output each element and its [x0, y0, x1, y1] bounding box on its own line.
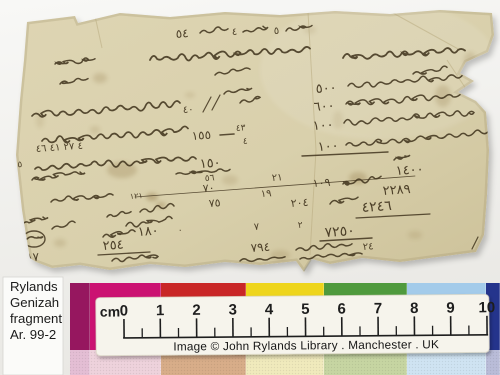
stain: [146, 193, 158, 201]
color-patch-halftone-texture: [407, 350, 486, 375]
handwriting-numeral: ٢١: [271, 172, 282, 184]
cm-ruler: cm 012345678910 Image © John Rylands Lib…: [96, 294, 496, 355]
label-line-collection: Rylands: [10, 279, 58, 294]
manuscript-photograph: ٥٤٤٥٥٠٠٦٠٠١٠٠١٠٠١٤٠٠٢١١٠٩٢٢٨٩١٩٢٠٤٤٢٤٦٢٧…: [0, 0, 500, 375]
label-card: Rylands Genizah fragment Ar. 99-2: [3, 277, 63, 375]
color-patch-halftone-texture: [486, 350, 500, 375]
stain: [222, 175, 238, 185]
handwriting-numeral: ٢٥٤: [102, 238, 124, 254]
ruler-number: 5: [301, 301, 309, 318]
handwriting-numeral: ٠: [178, 226, 184, 236]
stain: [408, 231, 422, 239]
ruler-number: 0: [120, 302, 128, 319]
ruler-number: 7: [374, 300, 382, 317]
handwriting-numeral: ١٢١: [130, 191, 143, 201]
stain: [93, 73, 107, 83]
handwriting-numeral: ٤٢٤٦: [361, 198, 392, 216]
handwriting-numeral: ٧٩٤: [250, 240, 270, 255]
handwriting-numeral: ٥: [273, 26, 279, 37]
handwriting-numeral: ١٨٠: [137, 224, 159, 240]
stain: [90, 126, 100, 134]
label-line-series: Genizah: [10, 295, 59, 310]
handwriting-numeral: ١٩: [260, 188, 271, 200]
ruler-number: 8: [410, 300, 418, 317]
color-patch-purple-saturated: [70, 283, 90, 350]
ruler-unit-label: cm: [100, 304, 120, 320]
handwriting-numeral: ٤٣: [236, 123, 247, 134]
handwriting-numeral: ٧٢٥٠: [324, 223, 355, 241]
handwriting-numeral: ٤٠: [182, 104, 193, 116]
handwriting-numeral: ٢٢٨٩: [382, 182, 411, 199]
ruler-number: 6: [337, 301, 345, 318]
handwriting-numeral: ٧٠: [202, 181, 215, 195]
ruler-copyright-text: Image © John Rylands Library . Mancheste…: [173, 337, 439, 353]
handwriting-numeral: ٢٠٤: [290, 196, 309, 210]
handwriting-numeral: ٢: [298, 221, 304, 231]
ruler-number: 1: [156, 302, 164, 319]
label-line-shelfmark: Ar. 99-2: [10, 327, 56, 342]
handwriting-numeral: ٤: [231, 27, 237, 38]
ruler-number: 3: [229, 301, 237, 318]
label-line-type: fragment: [10, 311, 62, 326]
handwriting-numeral: ٦٠٠: [313, 99, 335, 115]
stain: [54, 239, 66, 247]
handwriting-numeral: ٥٠٠: [315, 81, 337, 97]
stain: [333, 111, 343, 129]
handwriting-numeral: ٧٥: [208, 196, 221, 210]
ruler-number: 2: [192, 302, 200, 319]
handwriting-numeral: ٥٤: [175, 26, 189, 41]
handwriting-numeral: ٤: [243, 137, 249, 147]
ruler-number: 9: [446, 300, 454, 317]
handwriting-numeral: ٢٤: [362, 241, 373, 253]
handwriting-numeral: ١٥٥: [191, 128, 211, 143]
color-patch-halftone-texture: [70, 350, 90, 375]
ruler-number: 4: [265, 301, 274, 318]
ruler-number: 10: [478, 299, 495, 316]
handwriting-numeral: ١٠٠: [317, 139, 339, 155]
stain: [185, 92, 195, 98]
handwriting-numeral: ١٠٠: [312, 118, 334, 134]
photograph-viewer: ٥٤٤٥٥٠٠٦٠٠١٠٠١٠٠١٤٠٠٢١١٠٩٢٢٨٩١٩٢٠٤٤٢٤٦٢٧…: [0, 0, 500, 375]
handwriting-rule-line: [220, 134, 234, 135]
